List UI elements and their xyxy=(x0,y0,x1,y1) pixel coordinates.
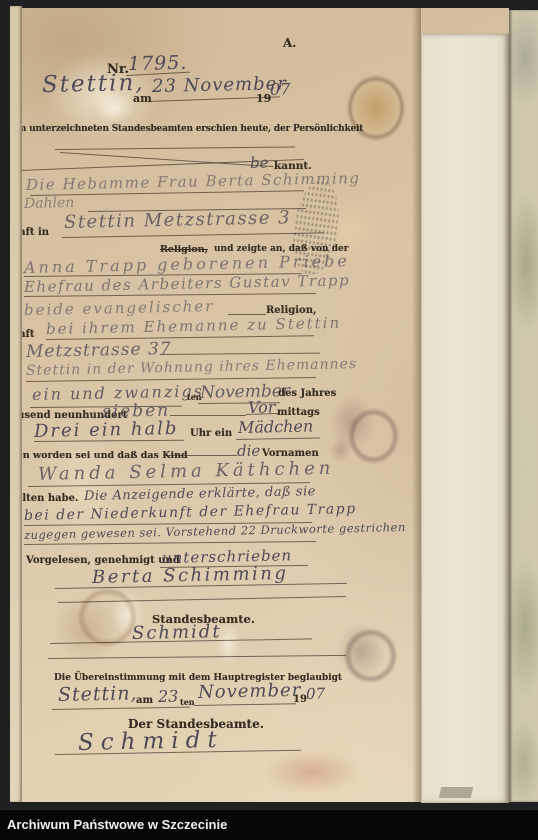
declarant-name-2: Dahlen xyxy=(24,195,75,212)
archive-name: Archiwum Państwowe w Szczecinie xyxy=(0,810,538,839)
birth-month: November xyxy=(200,381,290,403)
declaration-line-1: Die Anzeigende erklärte, daß sie xyxy=(84,484,316,504)
corner-letter: A. xyxy=(283,36,297,50)
printed-wohnhaft-in: wohnhaft in xyxy=(22,227,49,238)
cert-printed-year-prefix: 19 xyxy=(293,694,307,705)
printed-vorgelesen: Vorgelesen, genehmigt und xyxy=(26,555,180,566)
cert-printed-am: am xyxy=(136,695,153,706)
declarant-signature: Berta Schimming xyxy=(92,563,289,588)
archive-footer-bar: Archiwum Państwowe w Szczecinie xyxy=(0,810,538,840)
printed-erhalten-habe: erhalten habe. xyxy=(22,493,79,504)
scan-viewport: A. Nr. 1795. Stettin, am 23 November 19 … xyxy=(0,0,538,840)
cert-day: 23 xyxy=(158,687,179,706)
child-sex: Mädchen xyxy=(238,416,314,437)
religion-value: beide evangelischer xyxy=(24,297,215,319)
birth-day: ein und zwanzigs xyxy=(32,381,204,404)
cert-month: November xyxy=(198,680,302,703)
birth-time: Drei ein halb xyxy=(34,418,179,442)
cert-printed-ten: ten xyxy=(180,697,195,707)
printed-wohnhaft: wohnhaft xyxy=(22,329,35,340)
city-name: Stettin, xyxy=(42,70,145,98)
stain-yellow-blob xyxy=(337,64,415,152)
declarant-name: Die Hebamme Frau Berta Schimming xyxy=(26,169,361,194)
binding-edge xyxy=(10,6,22,802)
printed-uhr-ein: Uhr ein xyxy=(190,428,232,439)
printed-am: am xyxy=(133,92,152,105)
hw-vor: Vor xyxy=(248,397,276,417)
printed-geboren-line: geboren worden sei und daß das Kind xyxy=(22,450,188,461)
corner-label-smudge xyxy=(439,787,473,798)
declarant-residence: Stettin Metzstrasse 3 xyxy=(64,207,292,233)
printed-des-jahres: des Jahres xyxy=(278,388,336,399)
year-value: 07 xyxy=(270,80,291,99)
stain-purple-2 xyxy=(320,604,412,698)
hw-die: die xyxy=(237,442,261,460)
cert-year: 07 xyxy=(306,685,325,703)
mother-residence-street: Metzstrasse 37 xyxy=(26,339,172,362)
next-page-edge xyxy=(421,33,509,803)
registrar2-signature: Schmidt xyxy=(78,727,224,756)
book-edge xyxy=(509,10,538,802)
child-names: Wanda Selma Käthchen xyxy=(38,458,335,485)
page-fold-shadow xyxy=(412,8,421,802)
printed-year-prefix: 19 xyxy=(256,92,271,105)
hw-be: be xyxy=(250,154,269,172)
cert-city: Stettin, xyxy=(58,682,138,706)
registrar-signature: Schmidt xyxy=(132,621,222,644)
declaration-line-2: bei der Niederkunft der Ehefrau Trapp xyxy=(24,501,357,524)
intro-line: Vor dem unterzeichneten Standesbeamten e… xyxy=(22,124,363,134)
declaration-line-3: zugegen gewesen sei. Vorstehend 22 Druck… xyxy=(24,520,406,542)
